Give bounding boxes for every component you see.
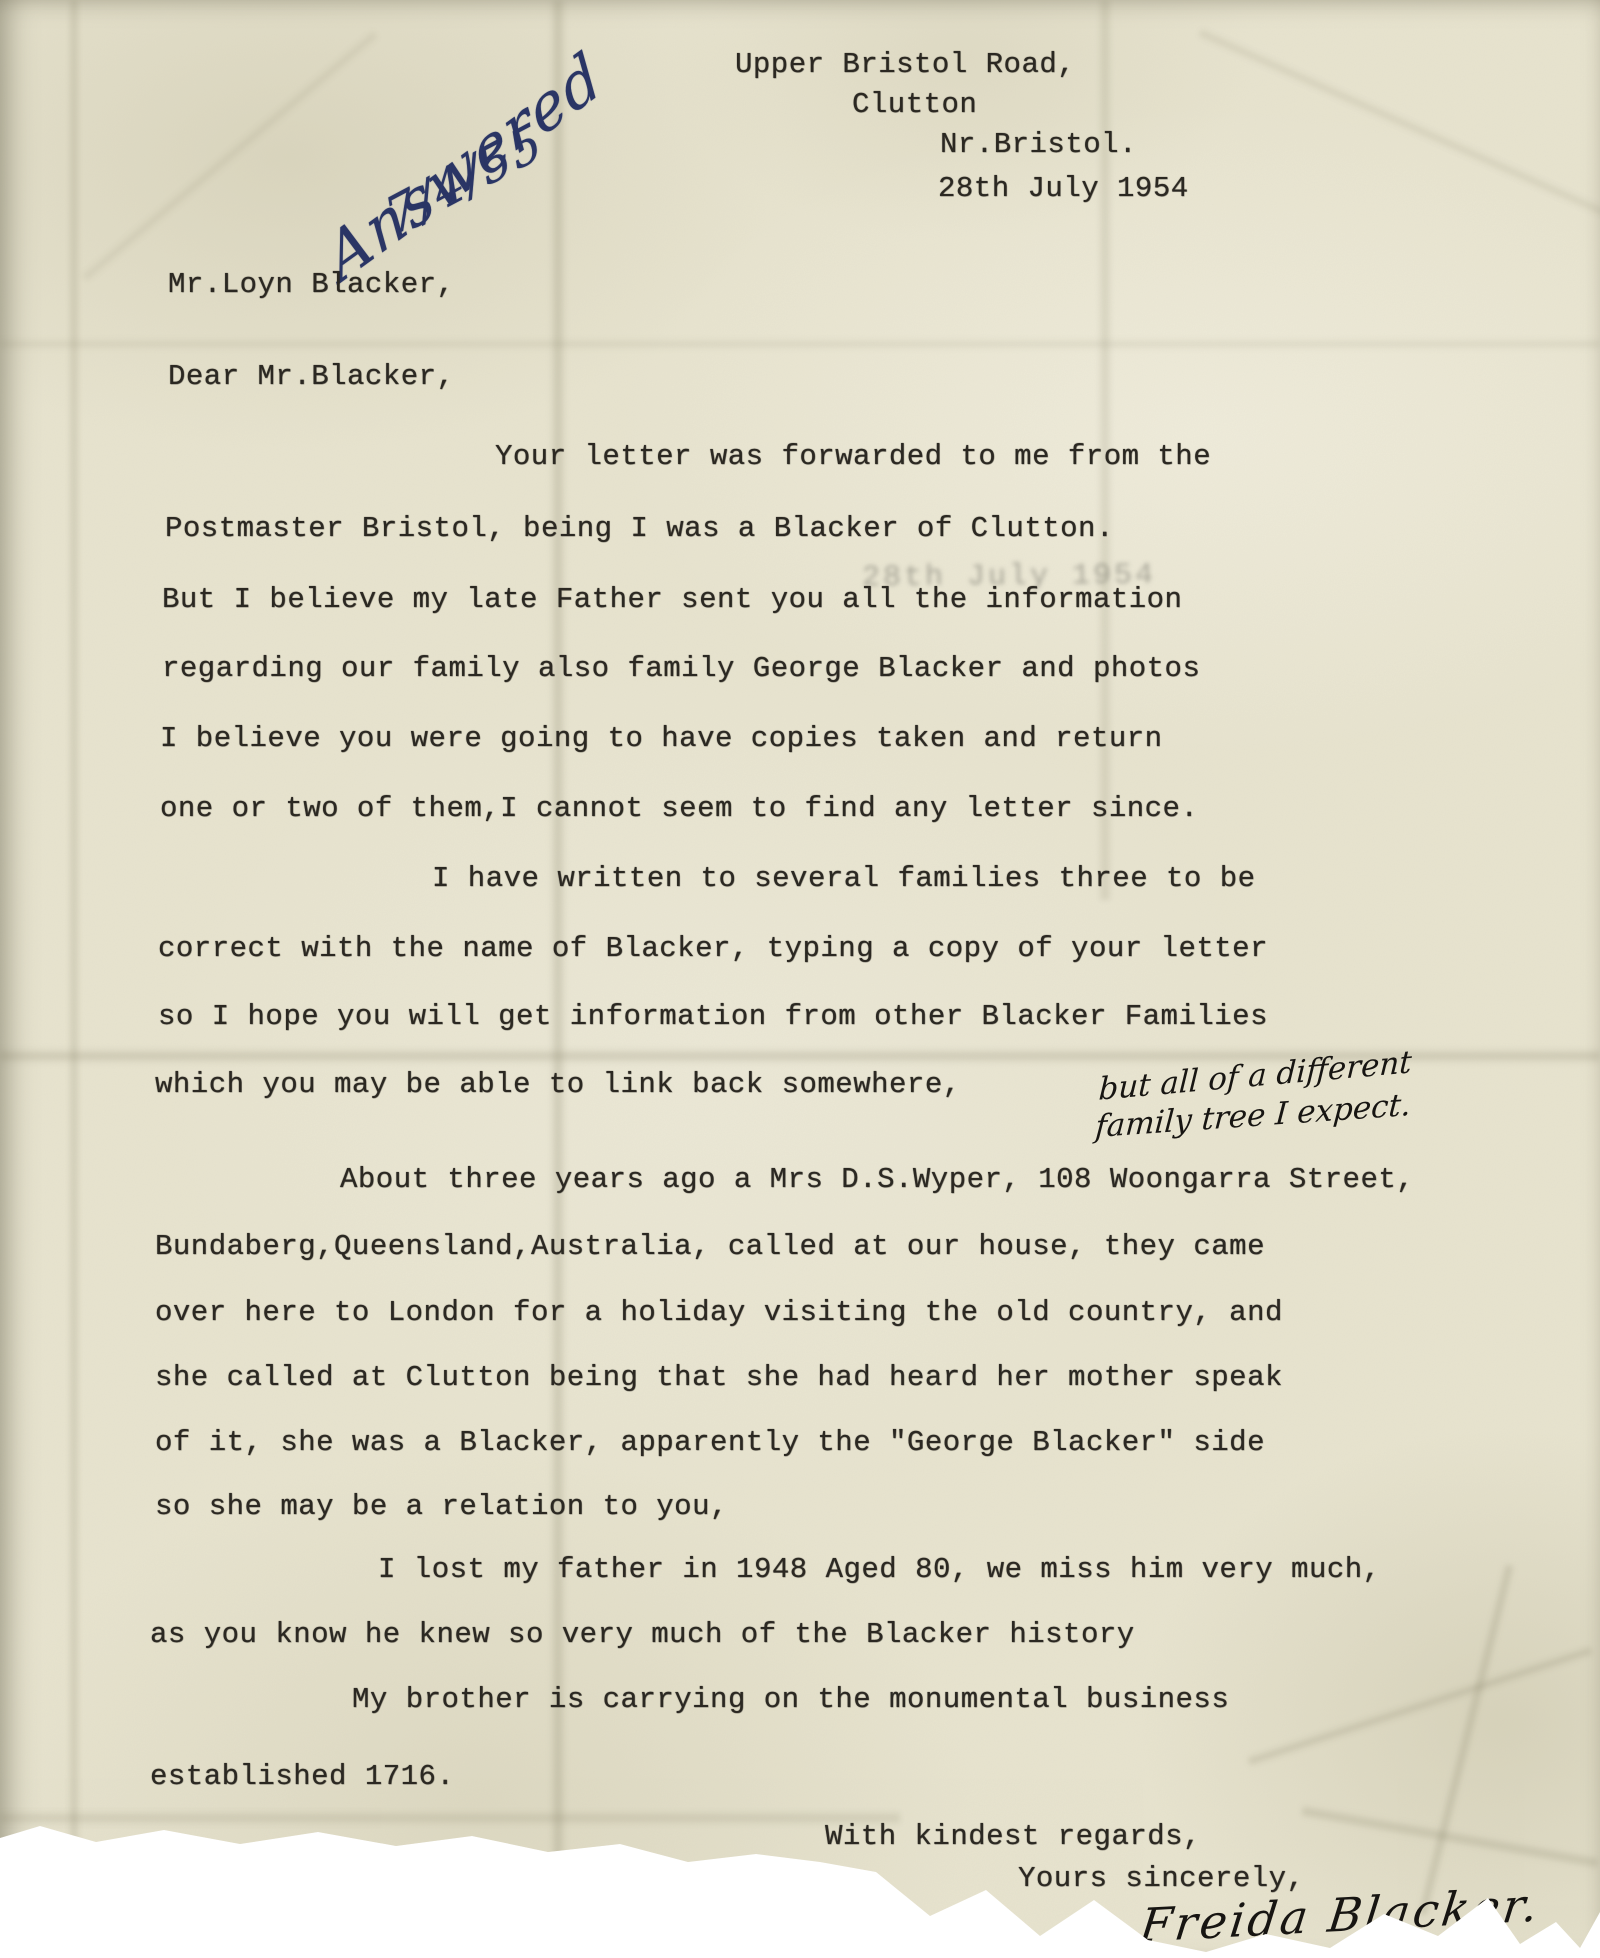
crease-bottom-left-edge — [0, 1810, 900, 1826]
body-line: regarding our family also family George … — [162, 652, 1200, 685]
body-line: I believe you were going to have copies … — [160, 722, 1163, 755]
body-line: so I hope you will get information from … — [158, 1000, 1268, 1033]
body-line: Bundaberg,Queensland,Australia, called a… — [155, 1230, 1265, 1263]
recipient-line: Mr.Loyn Blacker, — [168, 268, 454, 301]
closing-sincerely-line: Yours sincerely, — [1018, 1862, 1304, 1895]
crease-bottom-right-2 — [1301, 1804, 1599, 1870]
body-line: Postmaster Bristol, being I was a Blacke… — [165, 512, 1114, 545]
crease-bottom-right-1 — [1247, 1645, 1593, 1768]
body-line: so she may be a relation to you, — [155, 1490, 728, 1523]
body-line: as you know he knew so very much of the … — [150, 1618, 1135, 1651]
body-line: correct with the name of Blacker, typing… — [158, 932, 1268, 965]
closing-regards-line: With kindest regards, — [825, 1820, 1201, 1853]
crease-top-right-diagonal — [1197, 27, 1600, 225]
letter-page: 28th July 1954 Answered 7/4/55 Upper Bri… — [0, 0, 1600, 1958]
body-line: I have written to several families three… — [432, 862, 1256, 895]
body-line: over here to London for a holiday visiti… — [155, 1296, 1283, 1329]
body-line: of it, she was a Blacker, apparently the… — [155, 1426, 1265, 1459]
fold-line-vertical-center — [550, 0, 566, 1958]
body-line: About three years ago a Mrs D.S.Wyper, 1… — [340, 1163, 1414, 1196]
body-line: which you may be able to link back somew… — [155, 1068, 961, 1101]
fold-line-left-edge — [68, 0, 80, 1958]
salutation-line: Dear Mr.Blacker, — [168, 360, 454, 393]
letter-date: 28th July 1954 — [938, 172, 1189, 205]
body-line: Your letter was forwarded to me from the — [495, 440, 1211, 473]
body-line: she called at Clutton being that she had… — [155, 1361, 1283, 1394]
body-line: My brother is carrying on the monumental… — [352, 1683, 1229, 1716]
body-line: But I believe my late Father sent you al… — [162, 583, 1182, 616]
crease-bottom-right-3 — [1417, 1564, 1516, 1916]
body-line: one or two of them,I cannot seem to find… — [160, 792, 1198, 825]
fold-line-horizontal-upper — [0, 338, 1600, 350]
body-line: established 1716. — [150, 1760, 454, 1793]
sender-address-line3: Nr.Bristol. — [940, 128, 1137, 161]
sender-address-line2: Clutton — [852, 88, 977, 121]
sender-address-line1: Upper Bristol Road, — [735, 48, 1075, 81]
body-line: I lost my father in 1948 Aged 80, we mis… — [378, 1553, 1381, 1586]
